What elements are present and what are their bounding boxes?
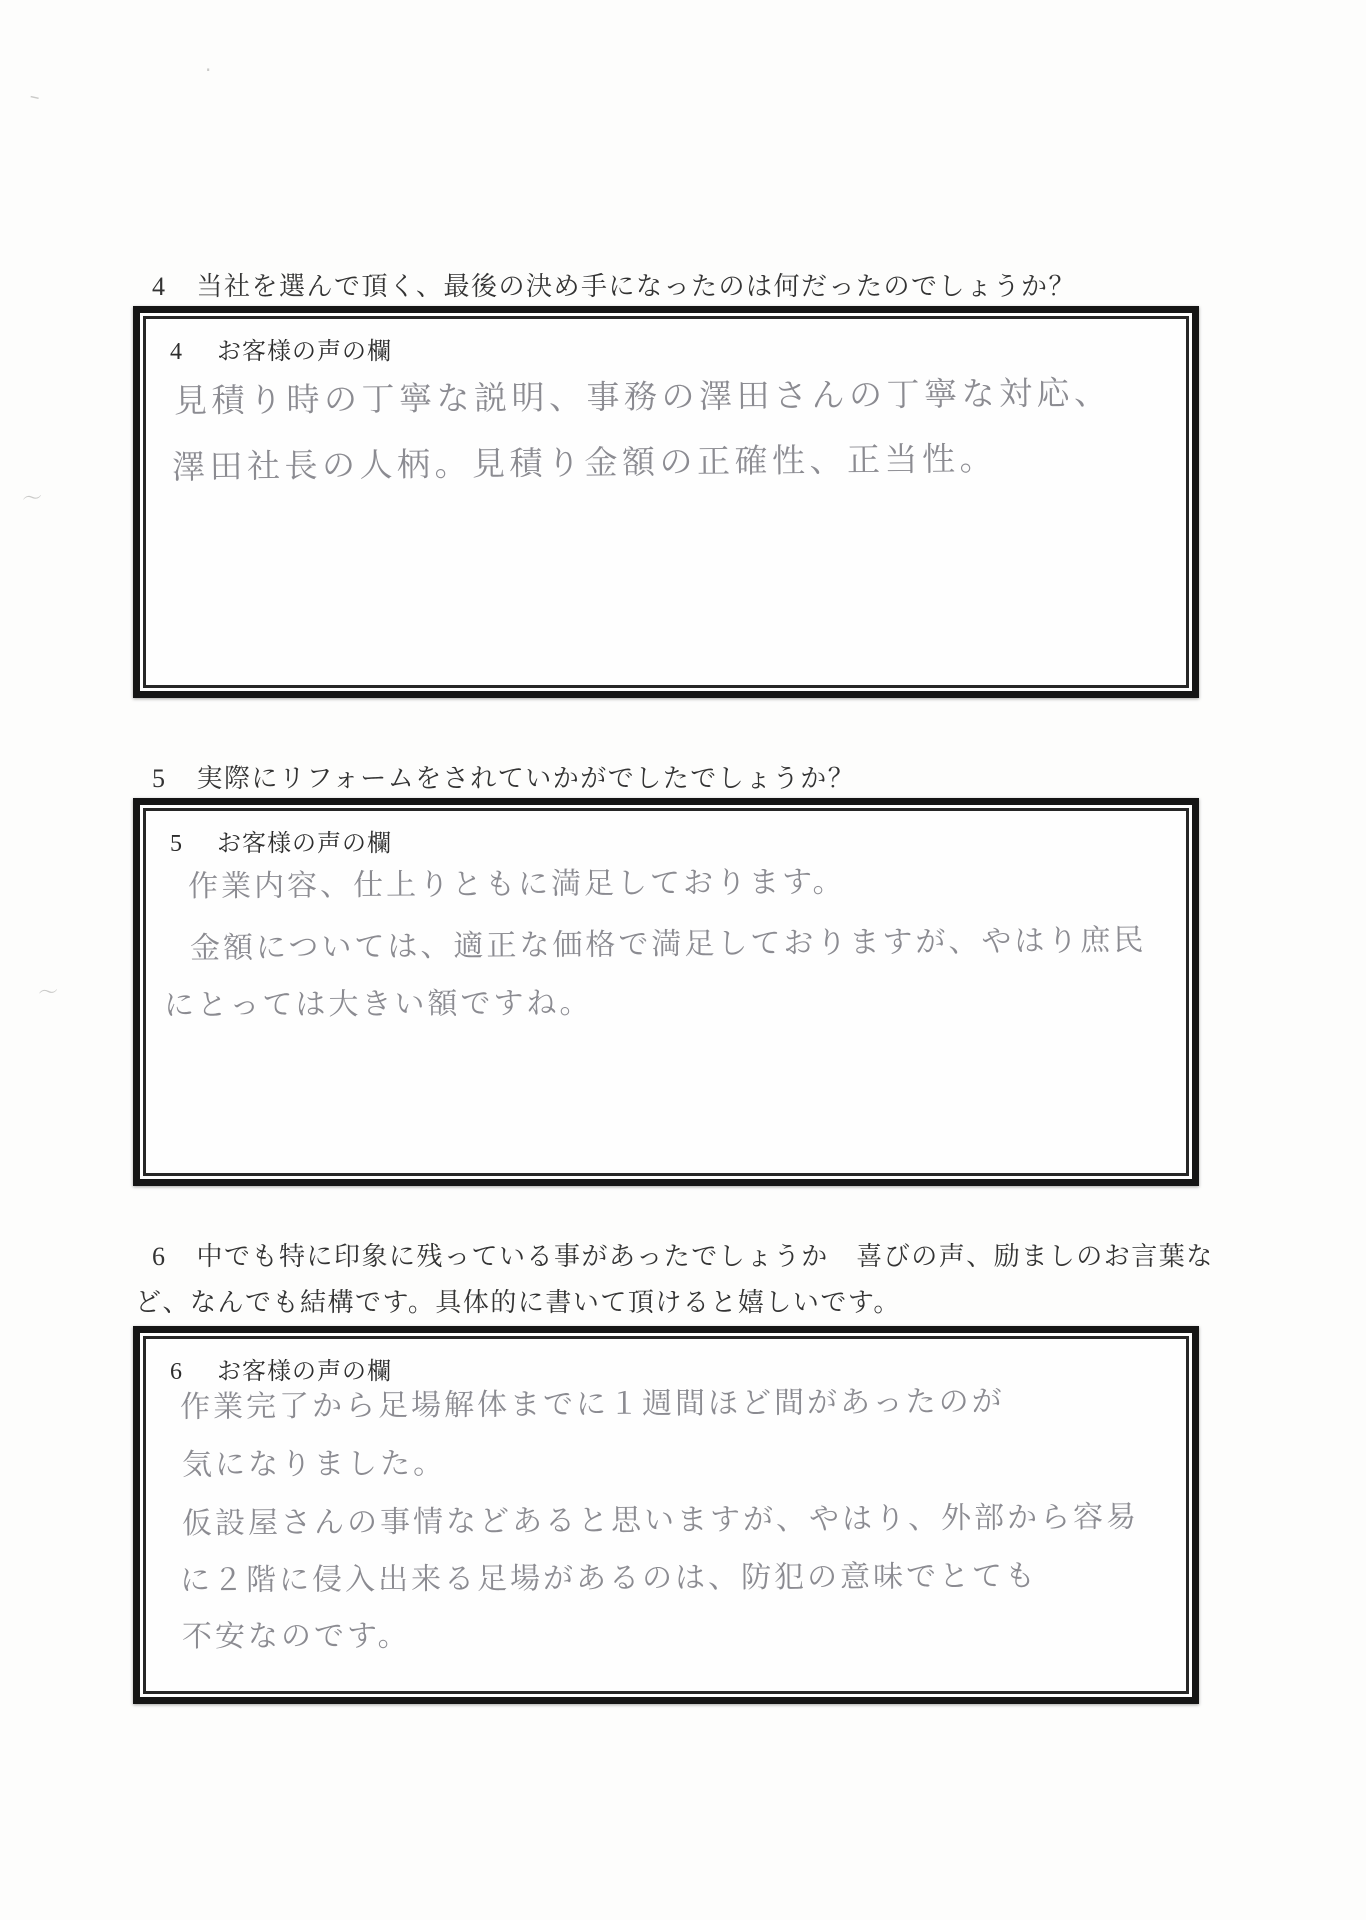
question-6-number: 6	[152, 1242, 167, 1272]
voice-box-5-inner-frame: 5お客様の声の欄 作業内容、仕上りともに満足しております。 金額については、適正…	[143, 808, 1189, 1176]
scan-artifact: 〜	[20, 481, 44, 513]
voice-box-5-number: 5	[170, 831, 183, 858]
handwritten-answer-line: にとっては大きい額ですね。	[164, 978, 593, 1024]
handwritten-answer-line: に２階に侵入出来る足場があるのは、防犯の意味でとても	[180, 1551, 1038, 1599]
voice-box-5-header: 5お客様の声の欄	[170, 823, 392, 858]
handwritten-answer-line: 作業内容、仕上りともに満足しております。	[188, 857, 846, 906]
handwritten-answer-line: 仮設屋さんの事情などあると思いますが、やはり、外部から容易	[182, 1492, 1139, 1543]
question-5-number: 5	[152, 764, 167, 794]
scan-artifact: –	[28, 83, 43, 109]
voice-box-4-label: お客様の声の欄	[217, 339, 392, 365]
question-4-number: 4	[152, 272, 167, 302]
scan-artifact: 〜	[37, 975, 60, 1006]
scanned-survey-page: · – 〜 〜 4当社を選んで頂く、最後の決め手になったのは何だったのでしょうか…	[0, 0, 1366, 1920]
question-5-text: 実際にリフォームをされていかがでしたでしょうか？	[197, 764, 856, 793]
handwritten-answer-line: 澤田社長の人柄。見積り金額の正確性、正当性。	[172, 433, 997, 489]
voice-box-6: 6お客様の声の欄 作業完了から足場解体までに１週間ほど間があったのが 気になりま…	[133, 1326, 1199, 1704]
voice-box-4-header: 4お客様の声の欄	[170, 331, 392, 366]
question-4-text: 当社を選んで頂く、最後の決め手になったのは何だったのでしょうか？	[197, 272, 1076, 301]
voice-box-5: 5お客様の声の欄 作業内容、仕上りともに満足しております。 金額については、適正…	[133, 798, 1199, 1186]
voice-box-4-number: 4	[170, 339, 183, 366]
question-6-text-line2: ど、なんでも結構です。具体的に書いて頂けると嬉しいです。	[135, 1288, 901, 1317]
question-6: 6中でも特に印象に残っている事があったでしょうか 喜びの声、励ましのお言葉な	[152, 1236, 1214, 1273]
voice-box-4-inner-frame: 4お客様の声の欄 見積り時の丁寧な説明、事務の澤田さんの丁寧な対応、 澤田社長の…	[143, 316, 1189, 688]
question-4: 4当社を選んで頂く、最後の決め手になったのは何だったのでしょうか？	[152, 266, 1076, 303]
question-5: 5実際にリフォームをされていかがでしたでしょうか？	[152, 758, 855, 795]
voice-box-4: 4お客様の声の欄 見積り時の丁寧な説明、事務の澤田さんの丁寧な対応、 澤田社長の…	[133, 306, 1199, 698]
handwritten-answer-line: 不安なのです。	[182, 1611, 411, 1656]
question-6-continued: ど、なんでも結構です。具体的に書いて頂けると嬉しいです。	[135, 1282, 901, 1319]
voice-box-5-label: お客様の声の欄	[217, 831, 392, 857]
question-6-text-line1: 中でも特に印象に残っている事があったでしょうか 喜びの声、励ましのお言葉な	[197, 1242, 1214, 1271]
scan-artifact: ·	[205, 58, 211, 82]
voice-box-6-inner-frame: 6お客様の声の欄 作業完了から足場解体までに１週間ほど間があったのが 気になりま…	[143, 1336, 1189, 1694]
handwritten-answer-line: 金額については、適正な価格で満足しておりますが、やはり庶民	[190, 915, 1147, 967]
handwritten-answer-line: 見積り時の丁寧な説明、事務の澤田さんの丁寧な対応、	[174, 367, 1112, 422]
handwritten-answer-line: 気になりました。	[182, 1438, 446, 1483]
handwritten-answer-line: 作業完了から足場解体までに１週間ほど間があったのが	[180, 1376, 1005, 1426]
